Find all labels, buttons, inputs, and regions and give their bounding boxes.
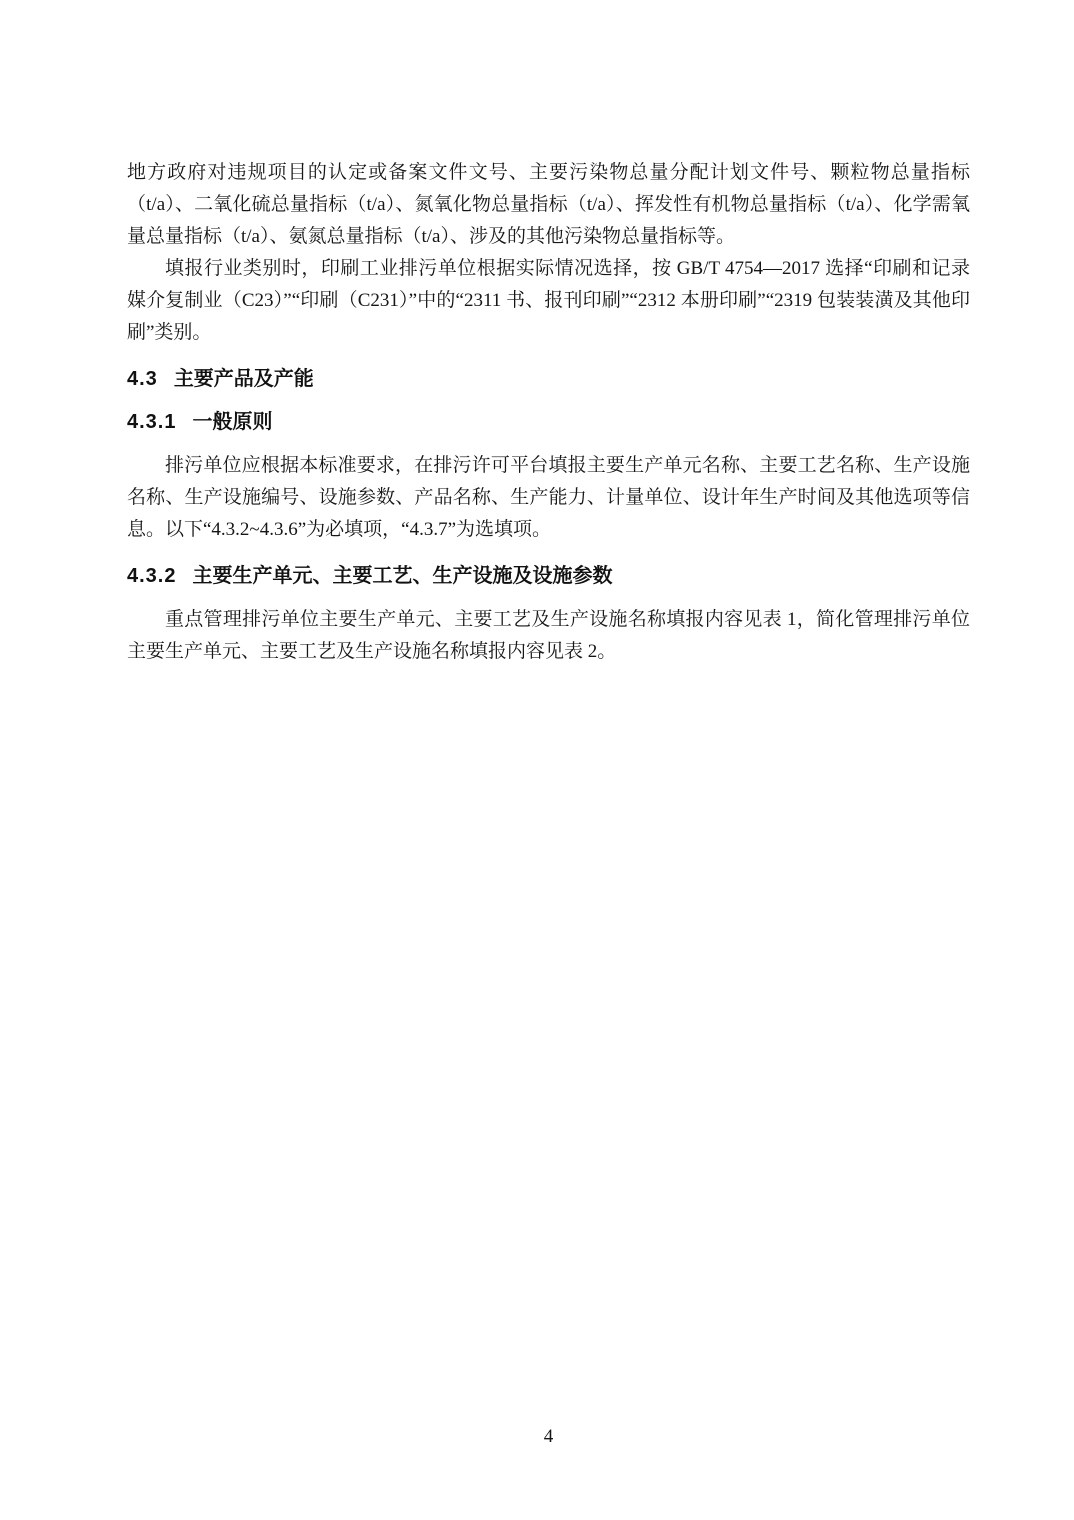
paragraph-total-indicators: 地方政府对违规项目的认定或备案文件文号、主要污染物总量分配计划文件号、颗粒物总量… bbox=[127, 157, 970, 253]
heading-4-3-1-title: 一般原则 bbox=[192, 411, 272, 433]
page-footer: 4 bbox=[127, 1424, 970, 1450]
heading-4-3-2: 4.3.2主要生产单元、主要工艺、生产设施及设施参数 bbox=[127, 563, 970, 589]
paragraph-table-reference: 重点管理排污单位主要生产单元、主要工艺及生产设施名称填报内容见表 1，简化管理排… bbox=[127, 604, 970, 668]
heading-4-3-1: 4.3.1一般原则 bbox=[127, 409, 970, 435]
heading-4-3-1-number: 4.3.1 bbox=[127, 409, 176, 435]
paragraph-industry-category: 填报行业类别时，印刷工业排污单位根据实际情况选择，按 GB/T 4754—201… bbox=[127, 253, 970, 349]
heading-4-3-2-number: 4.3.2 bbox=[127, 563, 176, 589]
heading-4-3-number: 4.3 bbox=[127, 366, 158, 392]
heading-4-3: 4.3主要产品及产能 bbox=[127, 366, 970, 392]
heading-4-3-2-title: 主要生产单元、主要工艺、生产设施及设施参数 bbox=[192, 565, 612, 587]
page-content: 地方政府对违规项目的认定或备案文件文号、主要污染物总量分配计划文件号、颗粒物总量… bbox=[127, 157, 970, 668]
paragraph-general-principle: 排污单位应根据本标准要求，在排污许可平台填报主要生产单元名称、主要工艺名称、生产… bbox=[127, 450, 970, 546]
document-page: 地方政府对违规项目的认定或备案文件文号、主要污染物总量分配计划文件号、颗粒物总量… bbox=[0, 0, 1074, 1520]
heading-4-3-title: 主要产品及产能 bbox=[174, 368, 314, 390]
page-number: 4 bbox=[544, 1426, 554, 1447]
